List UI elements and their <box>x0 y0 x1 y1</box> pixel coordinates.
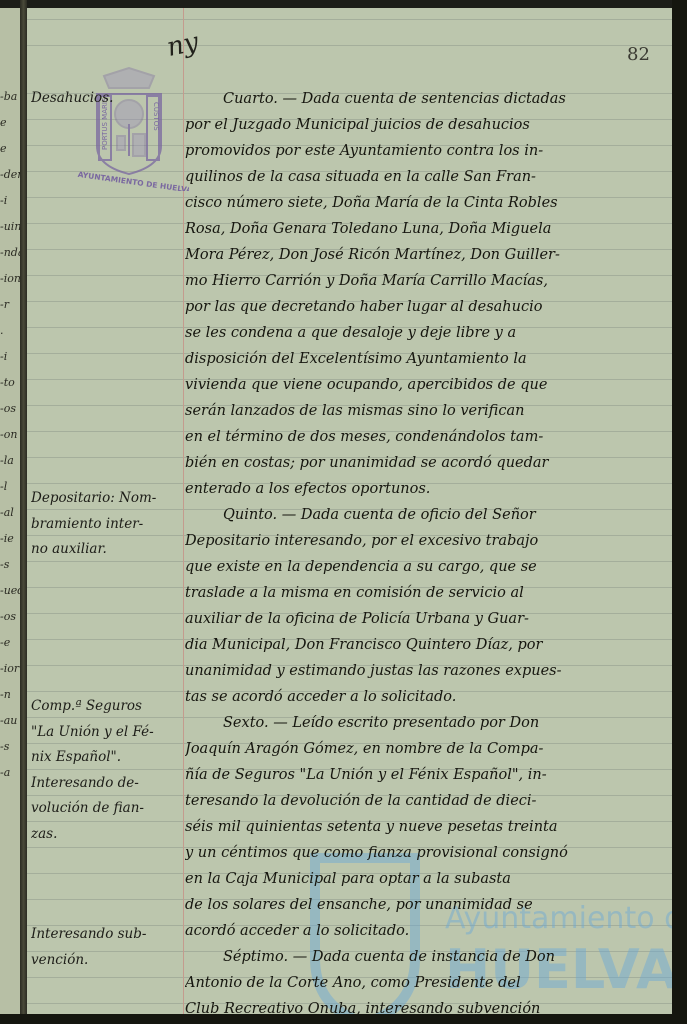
previous-page-fragment: -s <box>0 740 9 753</box>
previous-page-fragment: -ior <box>0 662 19 675</box>
municipal-seal-stamp: PORTUS MARIS CUSTOS AYUNTAMIENTO DE HUEL… <box>69 66 189 191</box>
previous-page-fragment: -os <box>0 610 16 623</box>
margin-note-line: volución de fian- <box>31 796 183 822</box>
text-line: bién en costas; por unanimidad se acordó… <box>185 450 667 476</box>
previous-page-fragment: -ndá <box>0 246 20 259</box>
coat-of-arms-icon: PORTUS MARIS CUSTOS AYUNTAMIENTO DE HUEL… <box>69 66 189 191</box>
previous-page-fragment: -uin <box>0 220 20 233</box>
text-line: unanimidad y estimando justas las razone… <box>185 658 667 684</box>
text-line: vivienda que viene ocupando, apercibidos… <box>185 372 667 398</box>
page-edge-shadow <box>672 0 687 1024</box>
text-line: y un céntimos que como fianza provisiona… <box>185 840 667 866</box>
margin-note-line: Interesando de- <box>31 771 183 797</box>
text-line: acordó acceder a lo solicitado. <box>185 918 667 944</box>
text-line: Sexto. — Leído escrito presentado por Do… <box>185 710 667 736</box>
previous-page-fragment: -i <box>0 350 7 363</box>
previous-page-fragment: -on <box>0 428 17 441</box>
text-line: Antonio de la Corte Ano, como Presidente… <box>185 970 667 996</box>
text-line: que existe en la dependencia a su cargo,… <box>185 554 667 580</box>
previous-page-fragment: -r <box>0 298 9 311</box>
text-line: Joaquín Aragón Gómez, en nombre de la Co… <box>185 736 667 762</box>
paragraph-cuarto: Cuarto. — Dada cuenta de sentencias dict… <box>185 86 667 502</box>
text-line: en la Caja Municipal para optar a la sub… <box>185 866 667 892</box>
text-line: por el Juzgado Municipal juicios de desa… <box>185 112 667 138</box>
previous-page-fragment: e <box>0 116 7 129</box>
previous-page-fragment: -os <box>0 402 16 415</box>
text-line: enterado a los efectos oportunos. <box>185 476 667 502</box>
margin-note-depositario: Depositario: Nom- bramiento inter- no au… <box>31 486 183 563</box>
text-line: traslade a la misma en comisión de servi… <box>185 580 667 606</box>
text-line: disposición del Excelentísimo Ayuntamien… <box>185 346 667 372</box>
previous-page-fragment: -to <box>0 376 15 389</box>
paragraph-septimo: Séptimo. — Dada cuenta de instancia de D… <box>185 944 667 1018</box>
book-gutter <box>20 0 27 1024</box>
text-line: por las que decretando haber lugar al de… <box>185 294 667 320</box>
previous-page-fragment: -ion <box>0 272 20 285</box>
text-line: tas se acordó acceder a lo solicitado. <box>185 684 667 710</box>
text-line: Mora Pérez, Don José Ricón Martínez, Don… <box>185 242 667 268</box>
text-line: mo Hierro Carrión y Doña María Carrillo … <box>185 268 667 294</box>
folio-mark: ny <box>164 27 201 63</box>
text-line: quilinos de la casa situada en la calle … <box>185 164 667 190</box>
previous-page-fragment: -au <box>0 714 17 727</box>
margin-note-desahucios: Desahucios. <box>31 86 183 112</box>
margin-note-line: nix Español". <box>31 745 183 771</box>
previous-page-fragment: -n <box>0 688 11 701</box>
previous-page-edge: -baee-der-i-uin-ndá-ion-r.-i-to-os-on-la… <box>0 8 20 1018</box>
previous-page-fragment: -ie <box>0 532 14 545</box>
text-line: ñía de Seguros "La Unión y el Fénix Espa… <box>185 762 667 788</box>
text-line: promovidos por este Ayuntamiento contra … <box>185 138 667 164</box>
page-number: 82 <box>627 44 650 65</box>
text-line: Séptimo. — Dada cuenta de instancia de D… <box>185 944 667 970</box>
previous-page-fragment: -i <box>0 194 7 207</box>
text-line: Rosa, Doña Genara Toledano Luna, Doña Mi… <box>185 216 667 242</box>
margin-note-line: no auxiliar. <box>31 537 183 563</box>
text-line: se les condena a que desaloje y deje lib… <box>185 320 667 346</box>
margin-note-subvencion: Interesando sub- vención. <box>31 922 183 973</box>
text-line: cisco número siete, Doña María de la Cin… <box>185 190 667 216</box>
margin-note-line: Interesando sub- <box>31 922 183 948</box>
text-line: dia Municipal, Don Francisco Quintero Dí… <box>185 632 667 658</box>
text-line: Cuarto. — Dada cuenta de sentencias dict… <box>185 86 667 112</box>
previous-page-fragment: -al <box>0 506 14 519</box>
margin-note-line: Depositario: Nom- <box>31 486 183 512</box>
margin-note-line: vención. <box>31 948 183 974</box>
margin-note-line: bramiento inter- <box>31 512 183 538</box>
previous-page-fragment: -l <box>0 480 7 493</box>
margin-note-line: "La Unión y el Fé- <box>31 720 183 746</box>
margin-note-seguros: Comp.ª Seguros "La Unión y el Fé- nix Es… <box>31 694 183 847</box>
previous-page-fragment: -ued <box>0 584 20 597</box>
margin-note-line: Comp.ª Seguros <box>31 694 183 720</box>
text-line: teresando la devolución de la cantidad d… <box>185 788 667 814</box>
text-line: séis mil quinientas setenta y nueve pese… <box>185 814 667 840</box>
page-bottom-shadow <box>0 1014 687 1024</box>
previous-page-fragment: -der <box>0 168 20 181</box>
text-line: de los solares del ensanche, por unanimi… <box>185 892 667 918</box>
previous-page-fragment: -la <box>0 454 14 467</box>
paragraph-sexto: Sexto. — Leído escrito presentado por Do… <box>185 710 667 944</box>
previous-page-fragment: . <box>0 324 4 337</box>
text-line: Depositario interesando, por el excesivo… <box>185 528 667 554</box>
ledger-page: ny 82 PORTUS MARIS CUSTOS AYUNTAMIENTO D… <box>27 8 672 1018</box>
text-line: auxiliar de la oficina de Policía Urbana… <box>185 606 667 632</box>
previous-page-fragment: -e <box>0 636 10 649</box>
previous-page-fragment: -ba <box>0 90 17 103</box>
margin-note-line: zas. <box>31 822 183 848</box>
text-line: serán lanzados de las mismas sino lo ver… <box>185 398 667 424</box>
previous-page-fragment: e <box>0 142 7 155</box>
margin-note-line: Desahucios. <box>31 86 183 112</box>
previous-page-fragment: -a <box>0 766 10 779</box>
text-line: en el término de dos meses, condenándolo… <box>185 424 667 450</box>
paragraph-quinto: Quinto. — Dada cuenta de oficio del Seño… <box>185 502 667 710</box>
text-line: Quinto. — Dada cuenta de oficio del Seño… <box>185 502 667 528</box>
previous-page-fragment: -s <box>0 558 9 571</box>
